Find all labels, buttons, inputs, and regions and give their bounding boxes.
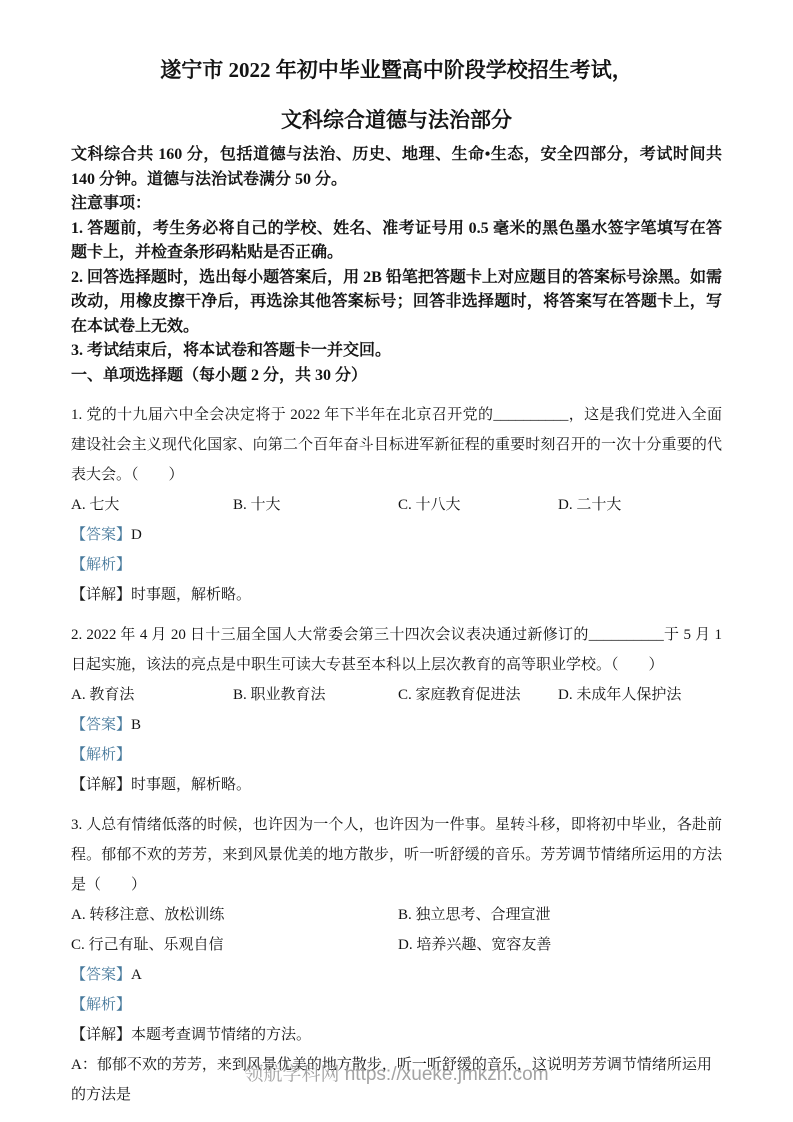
question-3-options: A. 转移注意、放松训练 B. 独立思考、合理宣泄 C. 行己有耻、乐观自信 D…	[71, 900, 722, 960]
exam-title-line2: 文科综合道德与法治部分	[71, 107, 722, 133]
question-2-detail: 【详解】时事题，解析略。	[71, 770, 722, 800]
question-3-option-b: B. 独立思考、合理宣泄	[398, 900, 722, 930]
question-1-answer-value: D	[131, 527, 142, 543]
question-2: 2. 2022 年 4 月 20 日十三届全国人大常委会第三十四次会议表决通过新…	[71, 620, 722, 800]
question-2-answer-line: 【答案】B	[71, 710, 722, 740]
question-1: 1. 党的十九届六中全会决定将于 2022 年下半年在北京召开党的_______…	[71, 400, 722, 610]
question-1-option-d: D. 二十大	[558, 490, 722, 520]
question-2-analysis-label: 【解析】	[71, 740, 722, 770]
question-2-answer-value: B	[131, 717, 141, 733]
answer-label: 【答案】	[71, 527, 131, 543]
question-2-options: A. 教育法 B. 职业教育法 C. 家庭教育促进法 D. 未成年人保护法	[71, 680, 722, 710]
exam-document-page: 遂宁市 2022 年初中毕业暨高中阶段学校招生考试， 文科综合道德与法治部分 文…	[0, 0, 793, 1122]
question-1-option-c: C. 十八大	[398, 490, 558, 520]
question-3-detail-line-1: 【详解】本题考查调节情绪的方法。	[71, 1020, 722, 1050]
question-2-option-b: B. 职业教育法	[233, 680, 398, 710]
section-heading-single-choice: 一、单项选择题（每小题 2 分，共 30 分）	[71, 364, 722, 389]
question-1-detail: 【详解】时事题，解析略。	[71, 580, 722, 610]
question-3-answer-value: A	[131, 967, 142, 983]
answer-label: 【答案】	[71, 717, 131, 733]
exam-intro-paragraph: 文科综合共 160 分，包括道德与法治、历史、地理、生命•生态，安全四部分，考试…	[71, 143, 722, 192]
question-1-options: A. 七大 B. 十大 C. 十八大 D. 二十大	[71, 490, 722, 520]
question-2-stem: 2. 2022 年 4 月 20 日十三届全国人大常委会第三十四次会议表决通过新…	[71, 620, 722, 680]
question-1-option-b: B. 十大	[233, 490, 398, 520]
question-3-stem: 3. 人总有情绪低落的时候，也许因为一个人，也许因为一件事。星转斗移，即将初中毕…	[71, 810, 722, 900]
watermark-footer: 领航学科网 https://xueke.jmkzh.com	[0, 1062, 793, 1088]
notice-heading: 注意事项：	[71, 192, 722, 217]
answer-label: 【答案】	[71, 967, 131, 983]
notice-item-2: 2. 回答选择题时，选出每小题答案后，用 2B 铅笔把答题卡上对应题目的答案标号…	[71, 266, 722, 340]
question-3-answer-line: 【答案】A	[71, 960, 722, 990]
question-3-option-c: C. 行己有耻、乐观自信	[71, 930, 398, 960]
notice-item-1: 1. 答题前，考生务必将自己的学校、姓名、准考证号用 0.5 毫米的黑色墨水签字…	[71, 217, 722, 266]
notice-item-3: 3. 考试结束后，将本试卷和答题卡一并交回。	[71, 339, 722, 364]
question-3-analysis-label: 【解析】	[71, 990, 722, 1020]
watermark-text: 领航学科网 https://xueke.jmkzh.com	[244, 1064, 548, 1085]
question-1-stem: 1. 党的十九届六中全会决定将于 2022 年下半年在北京召开党的_______…	[71, 400, 722, 490]
question-1-answer-line: 【答案】D	[71, 520, 722, 550]
notice-section: 注意事项： 1. 答题前，考生务必将自己的学校、姓名、准考证号用 0.5 毫米的…	[71, 192, 722, 364]
question-2-option-c: C. 家庭教育促进法	[398, 680, 558, 710]
exam-title-line1: 遂宁市 2022 年初中毕业暨高中阶段学校招生考试，	[71, 57, 722, 83]
question-1-analysis-label: 【解析】	[71, 550, 722, 580]
question-2-option-d: D. 未成年人保护法	[558, 680, 722, 710]
question-1-option-a: A. 七大	[71, 490, 233, 520]
question-2-option-a: A. 教育法	[71, 680, 233, 710]
question-3-option-d: D. 培养兴趣、宽容友善	[398, 930, 722, 960]
question-3-option-a: A. 转移注意、放松训练	[71, 900, 398, 930]
